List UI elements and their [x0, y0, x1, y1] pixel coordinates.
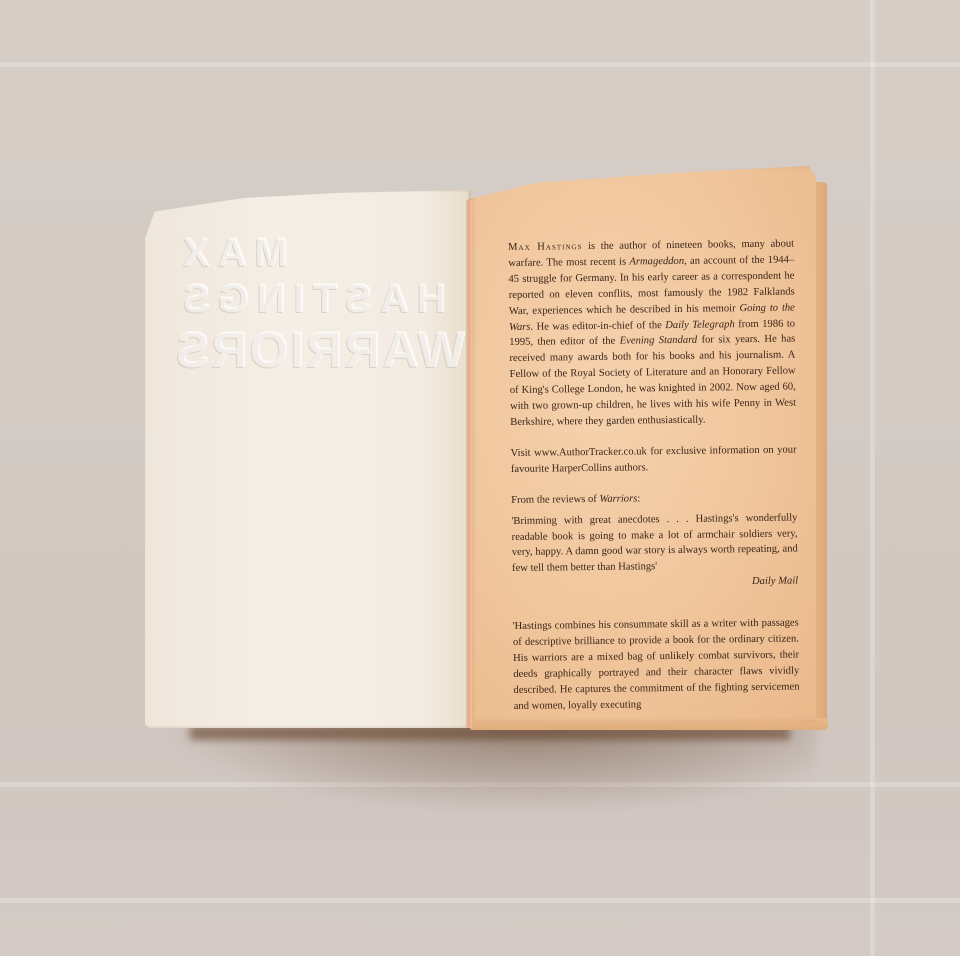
embossed-author-last: HASTINGS [175, 276, 465, 322]
right-page-text: Max Hastings is the author of nineteen b… [508, 237, 800, 715]
author-bio: Max Hastings is the author of nineteen b… [508, 237, 796, 431]
embossed-book-title: WARRIORS [175, 322, 465, 378]
book-gutter [466, 200, 472, 728]
embossed-title: MAX HASTINGS WARRIORS [175, 230, 465, 378]
author-name: Max Hastings [508, 241, 582, 253]
author-tracker-note: Visit www.AuthorTracker.co.uk for exclus… [511, 442, 797, 477]
review-quote: 'Brimming with great anecdotes . . . Has… [511, 510, 798, 577]
tile-seam [0, 62, 960, 67]
newspaper-title: Daily Telegraph [665, 319, 735, 331]
tile-seam [870, 0, 875, 956]
book-title: Armageddon [629, 256, 684, 268]
left-page-inside-cover: MAX HASTINGS WARRIORS [145, 190, 471, 728]
review-quote: 'Hastings combines his consummate skill … [513, 616, 800, 715]
embossed-author-first: MAX [175, 230, 465, 276]
tile-seam [0, 898, 960, 903]
newspaper-title: Evening Standard [620, 335, 698, 347]
